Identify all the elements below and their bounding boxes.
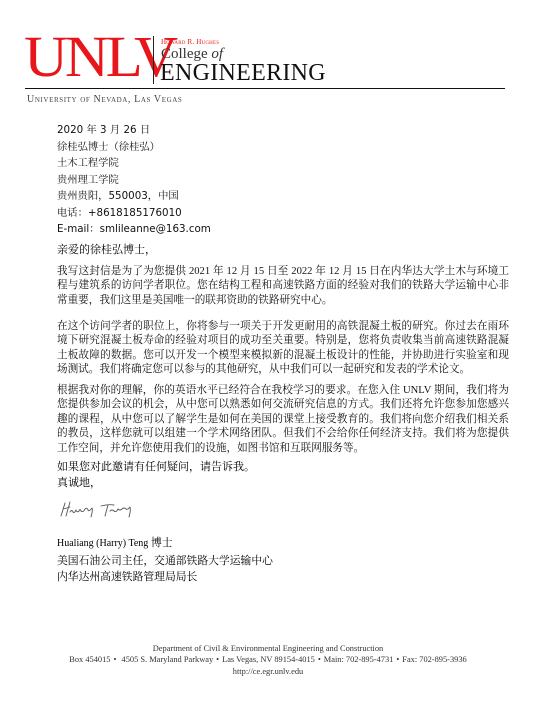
closing-question-line: 如果您对此邀请有任何疑问，请告诉我。 bbox=[57, 459, 255, 475]
signer-title-2: 内华达州高速铁路管理局局长 bbox=[57, 569, 273, 586]
recipient-phone: 电话：+8618185176010 bbox=[57, 205, 211, 222]
handwritten-signature bbox=[58, 498, 138, 520]
footer-city: Las Vegas, NV 89154-4015 bbox=[222, 655, 315, 664]
signer-degree: 博士 bbox=[148, 537, 172, 549]
body-paragraph: 我写这封信是为了为您提供 2021 年 12 月 15 日至 2022 年 12… bbox=[57, 265, 509, 308]
college-subtitle: Howard R. Hughes bbox=[161, 38, 219, 46]
footer-url[interactable]: http://ce.egr.unlv.edu bbox=[0, 666, 536, 677]
footer-street: 4505 S. Maryland Parkway bbox=[122, 655, 214, 664]
bullet-separator: • bbox=[318, 654, 321, 665]
university-name: University of Nevada, Las Vegas bbox=[27, 94, 182, 106]
bullet-separator: • bbox=[216, 654, 219, 665]
footer-box: Box 454015 bbox=[69, 655, 110, 664]
closing-block: 如果您对此邀请有任何疑问，请告诉我。 真诚地， bbox=[57, 459, 255, 491]
salutation: 亲爱的徐桂弘博士， bbox=[57, 243, 156, 258]
signer-block: Hualiang (Harry) Teng 博士 美国石油公司主任，交通部铁路大… bbox=[57, 535, 273, 586]
recipient-institution: 贵州理工学院 bbox=[57, 172, 211, 189]
header-rule bbox=[25, 88, 505, 89]
recipient-email: E-mail：smlileanne@163.com bbox=[57, 221, 211, 238]
letterhead: UNLV Howard R. Hughes College of ENGINEE… bbox=[0, 0, 536, 110]
logo-divider bbox=[153, 36, 154, 84]
footer-contact-line: Box 454015• 4505 S. Maryland Parkway•Las… bbox=[0, 654, 536, 665]
footer-main-phone: Main: 702-895-4731 bbox=[324, 655, 394, 664]
body-paragraph: 在这个访问学者的职位上，你将参与一项关于开发更耐用的高铁混凝土板的研究。你过去在… bbox=[57, 320, 509, 378]
footer-fax: Fax: 702-895-3936 bbox=[402, 655, 466, 664]
signer-title-1: 美国石油公司主任，交通部铁路大学运输中心 bbox=[57, 553, 273, 570]
letter-footer: Department of Civil & Environmental Engi… bbox=[0, 643, 536, 677]
recipient-address-block: 2020 年 3 月 26 日 徐桂弘博士（徐桂弘） 土木工程学院 贵州理工学院… bbox=[57, 122, 211, 238]
sign-off: 真诚地， bbox=[57, 475, 255, 491]
body-paragraph: 根据我对你的理解，你的英语水平已经符合在我校学习的要求。在您入住 UNLV 期间… bbox=[57, 384, 509, 456]
recipient-name: 徐桂弘博士（徐桂弘） bbox=[57, 139, 211, 156]
signer-name-line: Hualiang (Harry) Teng 博士 bbox=[57, 535, 273, 553]
bullet-separator: • bbox=[113, 654, 116, 665]
signer-name: Hualiang (Harry) Teng bbox=[57, 538, 148, 549]
letter-date: 2020 年 3 月 26 日 bbox=[57, 122, 211, 139]
footer-department: Department of Civil & Environmental Engi… bbox=[0, 643, 536, 654]
recipient-city: 贵州贵阳，550003，中国 bbox=[57, 188, 211, 205]
college-name: ENGINEERING bbox=[160, 60, 326, 86]
bullet-separator: • bbox=[396, 654, 399, 665]
recipient-department: 土木工程学院 bbox=[57, 155, 211, 172]
